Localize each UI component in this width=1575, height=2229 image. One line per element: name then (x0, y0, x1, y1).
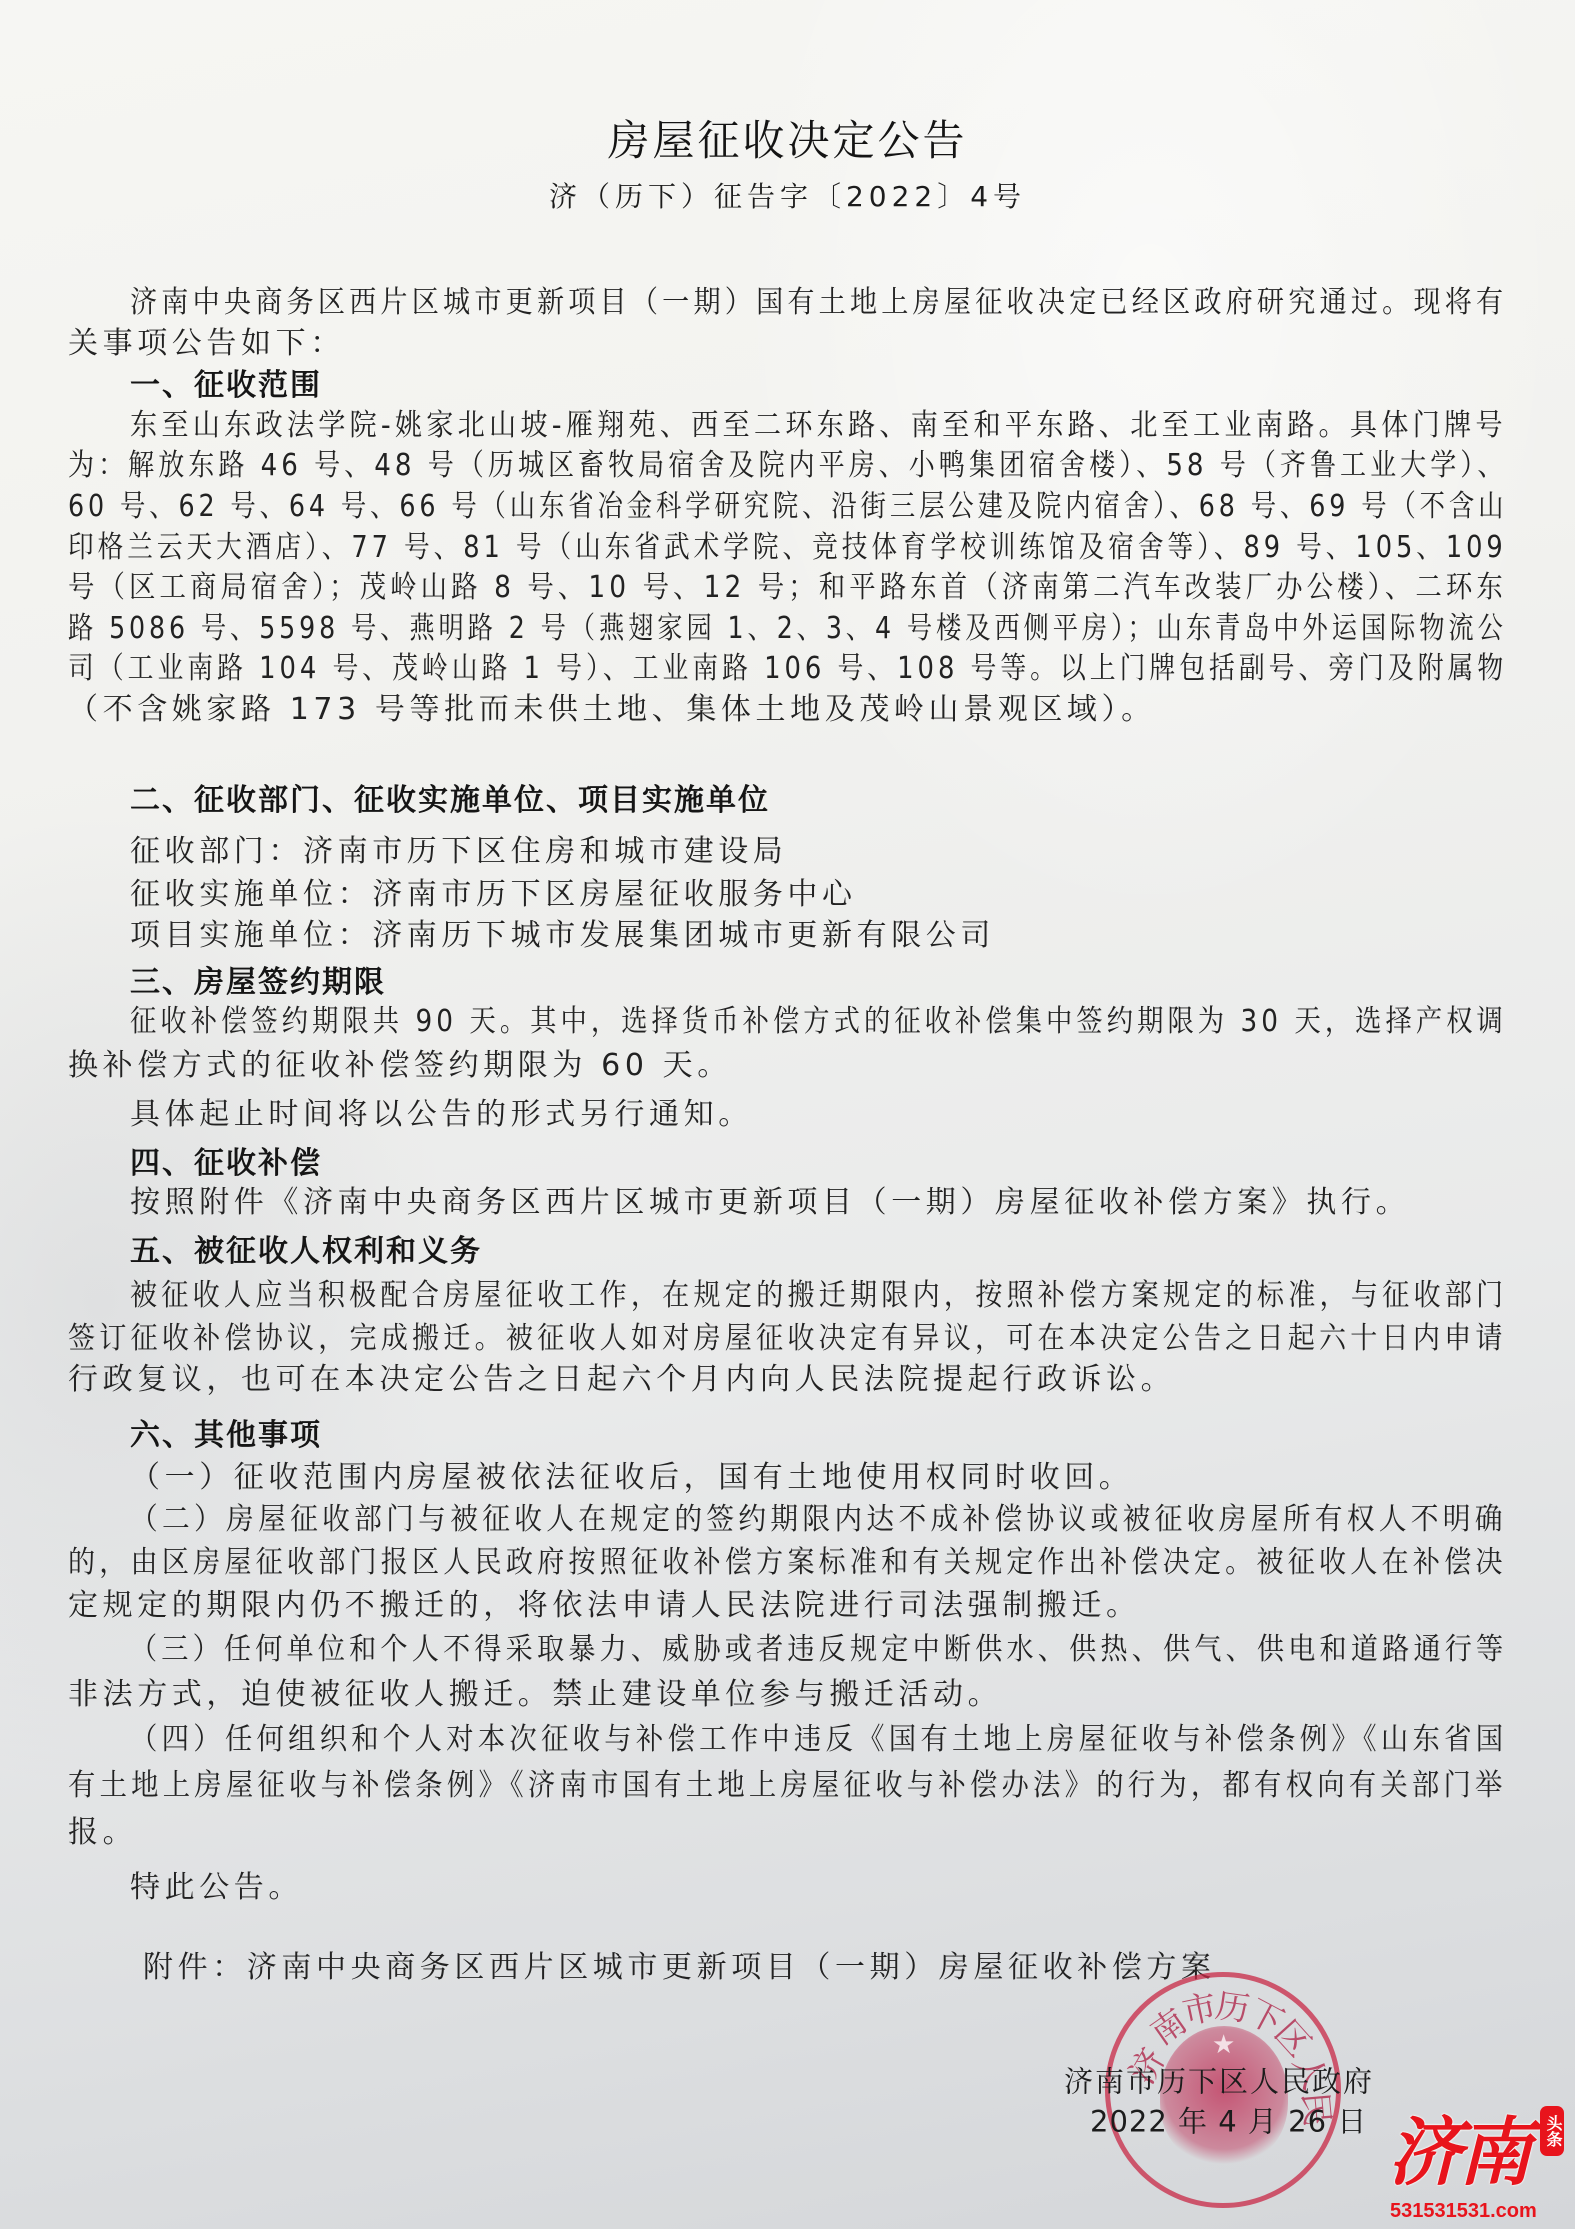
body-text-line: 有土地上房屋征收与补偿条例》《济南市国有土地上房屋征收与补偿办法》的行为，都有权… (68, 1766, 1507, 1806)
section-heading: 五、被征收人权利和义务 (130, 1232, 482, 1272)
body-text-line: 印格兰云天大酒店）、77 号、81 号（山东省武术学院、竞技体育学校训练馆及宿舍… (68, 528, 1507, 568)
body-text-line: 定规定的期限内仍不搬迁的，将依法申请人民法院进行司法强制搬迁。 (68, 1586, 1141, 1626)
body-text-line: 司（工业南路 104 号、茂岭山路 1 号）、工业南路 106 号、108 号等… (68, 649, 1507, 689)
body-text-line: 特此公告。 (130, 1868, 303, 1908)
body-text-line: 行政复议，也可在本决定公告之日起六个月内向人民法院提起行政诉讼。 (68, 1360, 1175, 1400)
issuer-signature: 济南市历下区人民政府 (1064, 2060, 1374, 2101)
section-heading: 六、其他事项 (130, 1416, 322, 1456)
body-text-line: （一）征收范围内房屋被依法征收后，国有土地使用权同时收回。 (130, 1458, 1133, 1498)
body-text-line: 路 5086 号、5598 号、燕明路 2 号（燕翅家园 1、2、3、4 号楼及… (68, 609, 1507, 649)
document-number: 济（历下）征告字〔2022〕4号 (0, 175, 1575, 215)
body-text-line: 项目实施单位：济南历下城市发展集团城市更新有限公司 (130, 916, 995, 956)
body-text-line: 60 号、62 号、64 号、66 号（山东省冶金科学研究院、沿街三层公建及院内… (68, 487, 1507, 527)
body-text-line: 签订征收补偿协议，完成搬迁。被征收人如对房屋征收决定有异议，可在本决定公告之日起… (68, 1319, 1507, 1359)
watermark-logo: 济南 (1388, 2108, 1528, 2198)
body-text-line: 报。 (68, 1813, 137, 1853)
body-text-line: 的，由区房屋征收部门报区人民政府按照征收补偿方案标准和有关规定作出补偿决定。被征… (68, 1543, 1507, 1583)
body-text-line: 被征收人应当积极配合房屋征收工作，在规定的搬迁期限内，按照补偿方案规定的标准，与… (130, 1276, 1507, 1316)
issue-date: 2022 年 4 月 26 日 (1090, 2100, 1367, 2141)
star-icon: ★ (1212, 2030, 1235, 2060)
body-text-line: 具体起止时间将以公告的形式另行通知。 (130, 1095, 753, 1135)
section-heading: 四、征收补偿 (130, 1144, 322, 1184)
body-text-line: 附件：济南中央商务区西片区城市更新项目（一期）房屋征收补偿方案 (143, 1948, 1216, 1988)
body-text-line: 济南中央商务区西片区城市更新项目（一期）国有土地上房屋征收决定已经区政府研究通过… (130, 283, 1507, 323)
body-text-line: 按照附件《济南中央商务区西片区城市更新项目（一期）房屋征收补偿方案》执行。 (130, 1183, 1410, 1223)
body-text-line: 征收部门：济南市历下区住房和城市建设局 (130, 832, 787, 872)
body-text-line: 为：解放东路 46 号、48 号（历城区畜牧局宿舍及院内平房、小鸭集团宿舍楼）、… (68, 446, 1507, 486)
body-text-line: 征收补偿签约期限共 90 天。其中，选择货币补偿方式的征收补偿集中签约期限为 3… (130, 1002, 1507, 1042)
section-heading: 一、征收范围 (130, 366, 322, 406)
body-text-line: 征收实施单位：济南市历下区房屋征收服务中心 (130, 875, 857, 915)
body-text-line: 非法方式，迫使被征收人搬迁。禁止建设单位参与搬迁活动。 (68, 1675, 1002, 1715)
section-heading: 三、房屋签约期限 (130, 963, 386, 1003)
watermark-badge: 头条 (1540, 2106, 1564, 2156)
body-text-line: 换补偿方式的征收补偿签约期限为 60 天。 (68, 1046, 732, 1086)
section-heading: 二、征收部门、征收实施单位、项目实施单位 (130, 781, 770, 821)
watermark-url: 531531531.com (1390, 2200, 1537, 2223)
page-title: 房屋征收决定公告 (0, 108, 1575, 168)
body-text-line: （四）任何组织和个人对本次征收与补偿工作中违反《国有土地上房屋征收与补偿条例》《… (130, 1720, 1507, 1760)
body-text-line: （不含姚家路 173 号等批而未供土地、集体土地及茂岭山景观区域）。 (68, 690, 1156, 730)
body-text-line: （三）任何单位和个人不得采取暴力、威胁或者违反规定中断供水、供热、供气、供电和道… (130, 1630, 1507, 1670)
body-text-line: 关事项公告如下： (68, 324, 345, 364)
body-text-line: 东至山东政法学院-姚家北山坡-雁翔苑、西至二环东路、南至和平东路、北至工业南路。… (130, 406, 1507, 446)
body-text-line: 号（区工商局宿舍）；茂岭山路 8 号、10 号、12 号；和平路东首（济南第二汽… (68, 568, 1507, 608)
body-text-line: （二）房屋征收部门与被征收人在规定的签约期限内达不成补偿协议或被征收房屋所有权人… (130, 1500, 1507, 1540)
